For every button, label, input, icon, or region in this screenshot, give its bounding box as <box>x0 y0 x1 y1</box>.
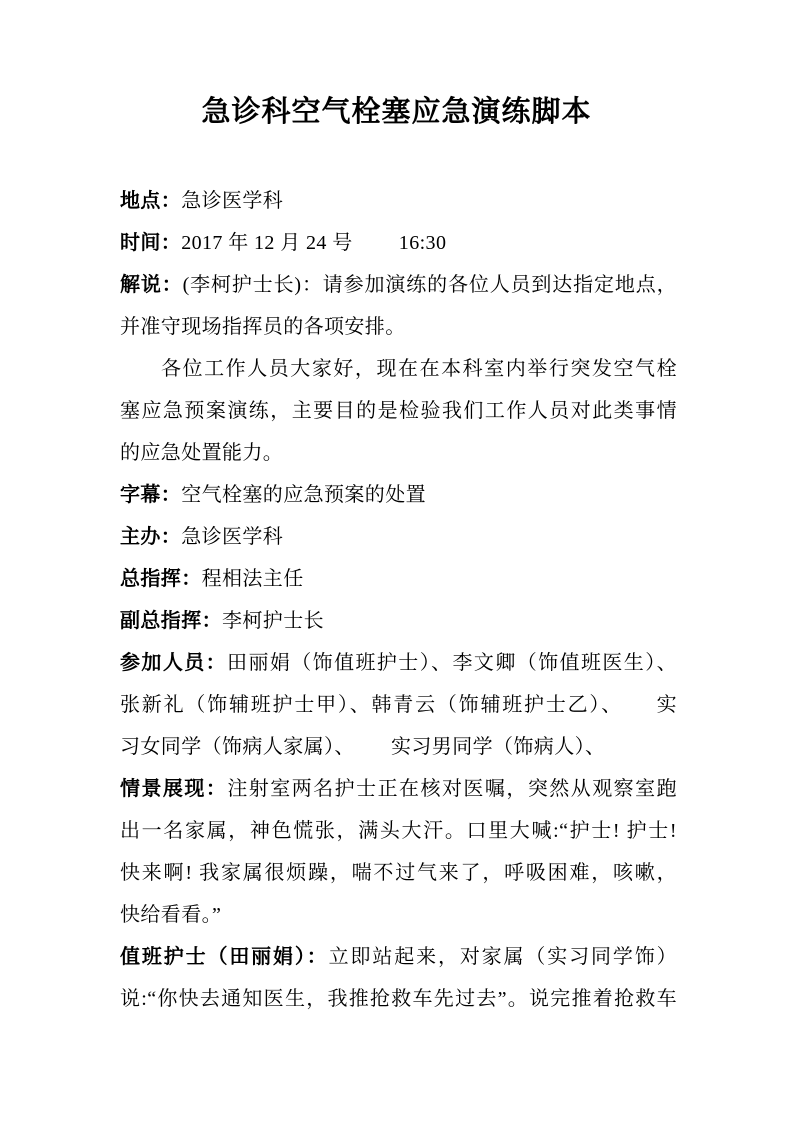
text-line: 情景展现：注射室两名护士正在核对医嘱，突然从观察室跑 <box>120 768 677 810</box>
paragraph-label: 值班护士（田丽娟）： <box>120 946 329 968</box>
text-line: 快来啊! 我家属很烦躁，喘不过气来了，呼吸困难，咳嗽， <box>120 852 677 894</box>
paragraph-text: 各位工作人员大家好，现在在本科室内举行突发空气栓 <box>161 358 677 380</box>
paragraph-text: 急诊医学科 <box>181 526 283 548</box>
paragraph-text: 程相法主任 <box>202 568 304 590</box>
text-line: 习女同学（饰病人家属）、 实习男同学（饰病人）、 <box>120 726 677 768</box>
paragraph-text: 快来啊! 我家属很烦躁，喘不过气来了，呼吸困难，咳嗽， <box>120 862 677 884</box>
paragraph-text: 并准守现场指挥员的各项安排。 <box>120 316 406 338</box>
document-body: 地点：急诊医学科时间：2017 年 12 月 24 号 16:30解说：(李柯护… <box>120 180 677 1020</box>
paragraph-text: 田丽娟（饰值班护士）、李文卿（饰值班医生）、 <box>227 652 677 674</box>
text-line: 值班护士（田丽娟）：立即站起来，对家属（实习同学饰） <box>120 936 677 978</box>
document-page: 急诊科空气栓塞应急演练脚本 地点：急诊医学科时间：2017 年 12 月 24 … <box>0 0 793 1122</box>
text-line: 的应急处置能力。 <box>120 432 677 474</box>
text-line: 副总指挥：李柯护士长 <box>120 600 677 642</box>
paragraph-label: 地点： <box>120 190 181 212</box>
text-line: 字幕：空气栓塞的应急预案的处置 <box>120 474 677 516</box>
paragraph-text: 注射室两名护士正在核对医嘱，突然从观察室跑 <box>227 778 677 800</box>
paragraph-text: 习女同学（饰病人家属）、 实习男同学（饰病人）、 <box>120 736 605 758</box>
paragraph-label: 主办： <box>120 526 181 548</box>
document-title: 急诊科空气栓塞应急演练脚本 <box>0 90 793 134</box>
paragraph-text: 立即站起来，对家属（实习同学饰） <box>329 946 677 968</box>
paragraph-text: 快给看看。” <box>120 904 221 926</box>
text-line: 说:“你快去通知医生，我推抢救车先过去”。说完推着抢救车 <box>120 978 677 1020</box>
text-line: 解说：(李柯护士长)：请参加演练的各位人员到达指定地点， <box>120 264 677 306</box>
text-line: 并准守现场指挥员的各项安排。 <box>120 306 677 348</box>
paragraph-text: (李柯护士长)：请参加演练的各位人员到达指定地点， <box>183 274 677 296</box>
paragraph-label: 时间： <box>120 232 181 254</box>
paragraph-text: 2017 年 12 月 24 号 16:30 <box>181 232 446 254</box>
paragraph-label: 字幕： <box>120 484 181 506</box>
paragraph-text: 出一名家属，神色慌张，满头大汗。口里大喊:“护士! 护士! <box>120 820 677 842</box>
text-line: 快给看看。” <box>120 894 677 936</box>
text-line: 总指挥：程相法主任 <box>120 558 677 600</box>
paragraph-label: 总指挥： <box>120 568 202 590</box>
text-line: 主办：急诊医学科 <box>120 516 677 558</box>
paragraph-text: 急诊医学科 <box>181 190 283 212</box>
text-line: 出一名家属，神色慌张，满头大汗。口里大喊:“护士! 护士! <box>120 810 677 852</box>
paragraph-label: 解说： <box>120 274 183 296</box>
text-line: 塞应急预案演练，主要目的是检验我们工作人员对此类事情 <box>120 390 677 432</box>
paragraph-text: 空气栓塞的应急预案的处置 <box>181 484 426 506</box>
paragraph-label: 情景展现： <box>120 778 227 800</box>
text-line: 时间：2017 年 12 月 24 号 16:30 <box>120 222 677 264</box>
paragraph-text: 说:“你快去通知医生，我推抢救车先过去”。说完推着抢救车 <box>120 988 677 1010</box>
text-line: 地点：急诊医学科 <box>120 180 677 222</box>
paragraph-label: 参加人员： <box>120 652 227 674</box>
text-line: 各位工作人员大家好，现在在本科室内举行突发空气栓 <box>120 348 677 390</box>
paragraph-label: 副总指挥： <box>120 610 222 632</box>
text-line: 参加人员：田丽娟（饰值班护士）、李文卿（饰值班医生）、 <box>120 642 677 684</box>
paragraph-text: 张新礼（饰辅班护士甲）、韩青云（饰辅班护士乙）、 实 <box>120 694 677 716</box>
paragraph-text: 李柯护士长 <box>222 610 324 632</box>
paragraph-text: 塞应急预案演练，主要目的是检验我们工作人员对此类事情 <box>120 400 677 422</box>
text-line: 张新礼（饰辅班护士甲）、韩青云（饰辅班护士乙）、 实 <box>120 684 677 726</box>
paragraph-text: 的应急处置能力。 <box>120 442 283 464</box>
